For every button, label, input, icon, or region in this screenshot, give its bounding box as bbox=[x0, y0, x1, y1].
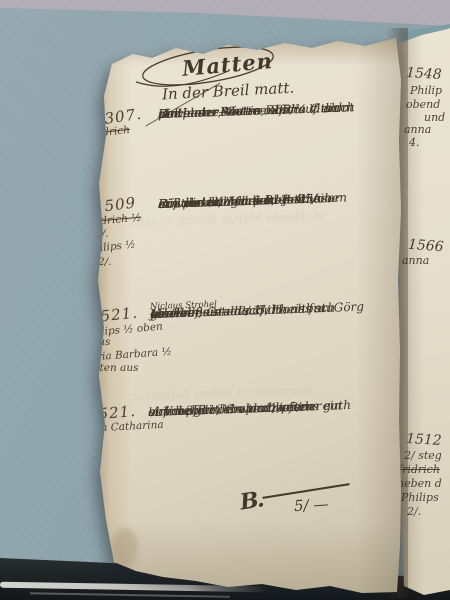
paper-stain bbox=[300, 36, 306, 41]
manuscript-photo: 1548 Philip obend und anna 4. 1566 anna … bbox=[0, 0, 450, 600]
entry-line: auf die gärtlein per 1/. 5/ bbox=[148, 399, 301, 421]
entry-margin-note: Anna Catharina bbox=[80, 419, 164, 435]
entry-line: per ———————— 5/ bbox=[158, 101, 294, 123]
sum-total: 5/ — bbox=[293, 495, 329, 515]
current-page: Matten In der Breil matt. st. Hanns Mart… bbox=[0, 0, 450, 600]
paper-stain bbox=[112, 528, 138, 568]
scribe-monogram: B. bbox=[238, 487, 264, 516]
entry-margin-note: unten aus bbox=[86, 362, 138, 374]
page-shade-right bbox=[356, 38, 402, 594]
current-page-wrap: Matten In der Breil matt. st. Hanns Mart… bbox=[0, 0, 450, 600]
entry-margin-note: 2/. bbox=[98, 256, 112, 268]
entry-margin-note: aus bbox=[92, 336, 110, 348]
entry-margin-note: 1/. bbox=[95, 228, 109, 240]
ink-bleedthrough: st. Hanns Martin Röstre ½ samt bbox=[128, 209, 324, 230]
entry-line: per ————— 2/. 5/ bbox=[150, 302, 270, 323]
